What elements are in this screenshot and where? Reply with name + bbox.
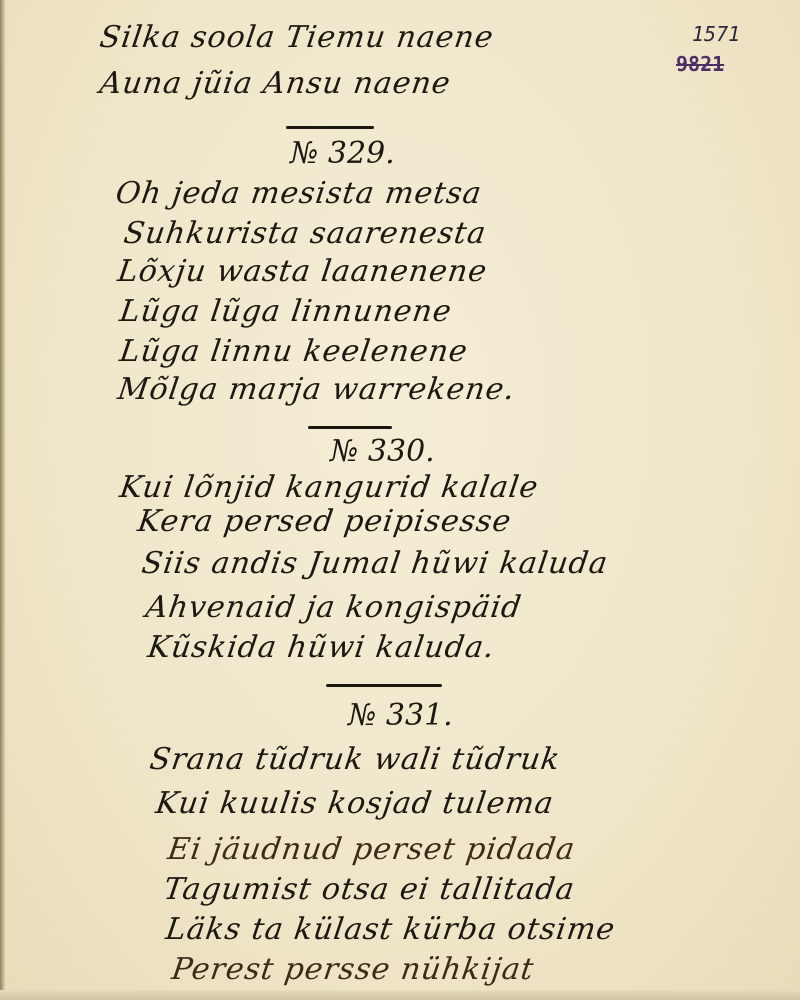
section-divider [308, 426, 392, 429]
song-331-line: Srana tũdruk wali tũdruk [148, 742, 563, 777]
song-329-line: Suhkurista saarenesta [122, 216, 489, 251]
intro-line: Silka soola Tiemu naene [98, 20, 496, 55]
song-331-line: Kui kuulis kosjad tulema [154, 786, 557, 821]
song-330-line: Siis andis Jumal hũwi kaluda [140, 546, 611, 581]
song-331-line: Läks ta külast kürba otsime [164, 912, 618, 947]
song-329-line: Lũga lũga linnunene [118, 294, 455, 329]
intro-line: Auna jũia Ansu naene [98, 66, 454, 101]
section-divider [326, 684, 442, 687]
song-330-line: Kui lõnjid kangurid kalale [118, 470, 541, 505]
song-number-329: № 329. [290, 136, 395, 171]
song-number-330: № 330. [330, 434, 435, 469]
section-divider [286, 126, 374, 129]
archive-number-new: 1571 [692, 22, 740, 46]
song-329-line: Lũga linnu keelenene [118, 334, 471, 369]
manuscript-page: 1571 9821 Silka soola Tiemu naene Auna j… [0, 0, 800, 1000]
song-330-line: Kũskida hũwi kaluda. [146, 630, 498, 665]
song-331-line: Ei jäudnud perset pidada [166, 832, 578, 867]
page-binding-edge [0, 0, 6, 1000]
song-330-line: Ahvenaid ja kongispäid [144, 590, 525, 625]
song-329-line: Mõlga marja warrekene. [116, 372, 518, 407]
page-bottom-edge [0, 990, 800, 1000]
song-331-line: Tagumist otsa ei tallitada [162, 872, 578, 907]
song-number-331: № 331. [348, 698, 453, 733]
song-330-line: Kera persed peipisesse [136, 504, 514, 539]
song-329-line: Lõxju wasta laanenene [116, 254, 490, 289]
song-331-line: Perest persse nühkijat [170, 952, 537, 987]
archive-number-old-struck: 9821 [676, 52, 724, 76]
song-329-line: Oh jeda mesista metsa [114, 176, 485, 211]
